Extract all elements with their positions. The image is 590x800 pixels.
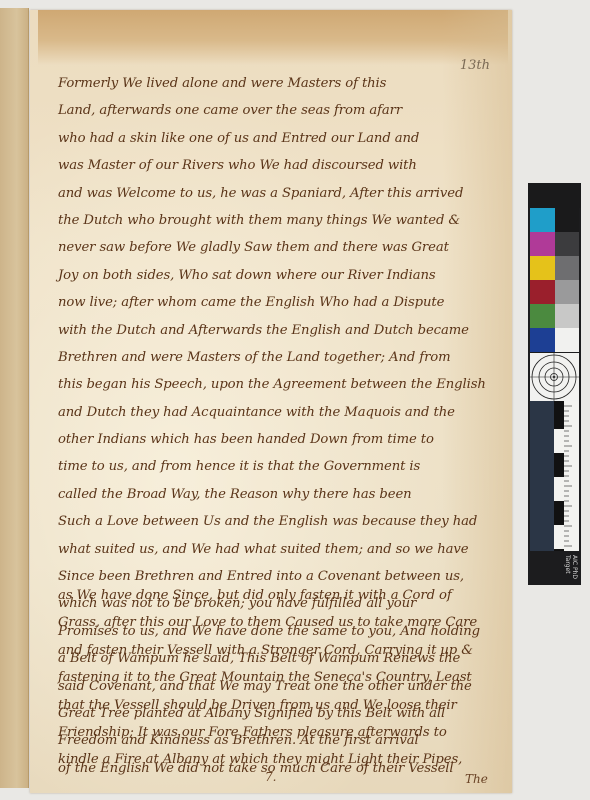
facing-page-edge: [0, 8, 29, 788]
text-line: and Dutch they had Acquaintance with the…: [58, 399, 518, 426]
water-stain-top: [38, 10, 508, 65]
text-line: kindle a Fire at Albany at which they mi…: [58, 746, 518, 773]
text-line: now live; after whom came the English Wh…: [58, 289, 518, 316]
text-line: the Dutch who brought with them many thi…: [58, 207, 518, 234]
patch-row: [530, 304, 579, 328]
text-line: Grass, after this our Love to them Cause…: [58, 609, 518, 636]
patch-row: [530, 208, 579, 232]
text-line: fastening it to the Great Mountain the S…: [58, 664, 518, 691]
black-header-patch: [528, 183, 581, 208]
patch-row: [530, 232, 579, 256]
text-line: what suited us, and We had what suited t…: [58, 536, 518, 563]
focus-target-icon: [530, 353, 579, 401]
patch-row: [530, 256, 579, 280]
text-line: and was Welcome to us, he was a Spaniard…: [58, 180, 518, 207]
text-line: this began his Speech, upon the Agreemen…: [58, 371, 518, 398]
color-patch-grid: [530, 208, 579, 352]
ruler-checker-bar: [554, 401, 564, 551]
text-line: Such a Love between Us and the English w…: [58, 508, 518, 535]
patch-row: [530, 328, 579, 352]
text-line: was Master of our Rivers who We had disc…: [58, 152, 518, 179]
color-calibration-target: AIC PhD Target: [528, 183, 581, 585]
catchword: The: [465, 772, 488, 786]
manuscript-text-continued: as We have done Since, but did only fast…: [58, 582, 518, 774]
calibration-target-label: AIC PhD Target: [558, 555, 578, 583]
text-line: with the Dutch and Afterwards the Englis…: [58, 317, 518, 344]
text-line: Land, afterwards one came over the seas …: [58, 97, 518, 124]
text-line: Brethren and were Masters of the Land to…: [58, 344, 518, 371]
text-line: never saw before We gladly Saw them and …: [58, 234, 518, 261]
patch-row: [530, 280, 579, 304]
signature-mark: 7.: [265, 770, 276, 784]
text-line: time to us, and from hence it is that th…: [58, 453, 518, 480]
text-line: other Indians which has been handed Down…: [58, 426, 518, 453]
text-line: Friendship; It was our Fore Fathers plea…: [58, 719, 518, 746]
text-line: as We have done Since, but did only fast…: [58, 582, 518, 609]
text-line: Joy on both sides, Who sat down where ou…: [58, 262, 518, 289]
text-line: who had a skin like one of us and Entred…: [58, 125, 518, 152]
text-line: and fasten their Vessell with a Stronger…: [58, 637, 518, 664]
ruler-scale: [564, 401, 579, 551]
text-line: Formerly We lived alone and were Masters…: [58, 70, 518, 97]
text-line: that the Vessell should be Driven from u…: [58, 692, 518, 719]
text-line: called the Broad Way, the Reason why the…: [58, 481, 518, 508]
